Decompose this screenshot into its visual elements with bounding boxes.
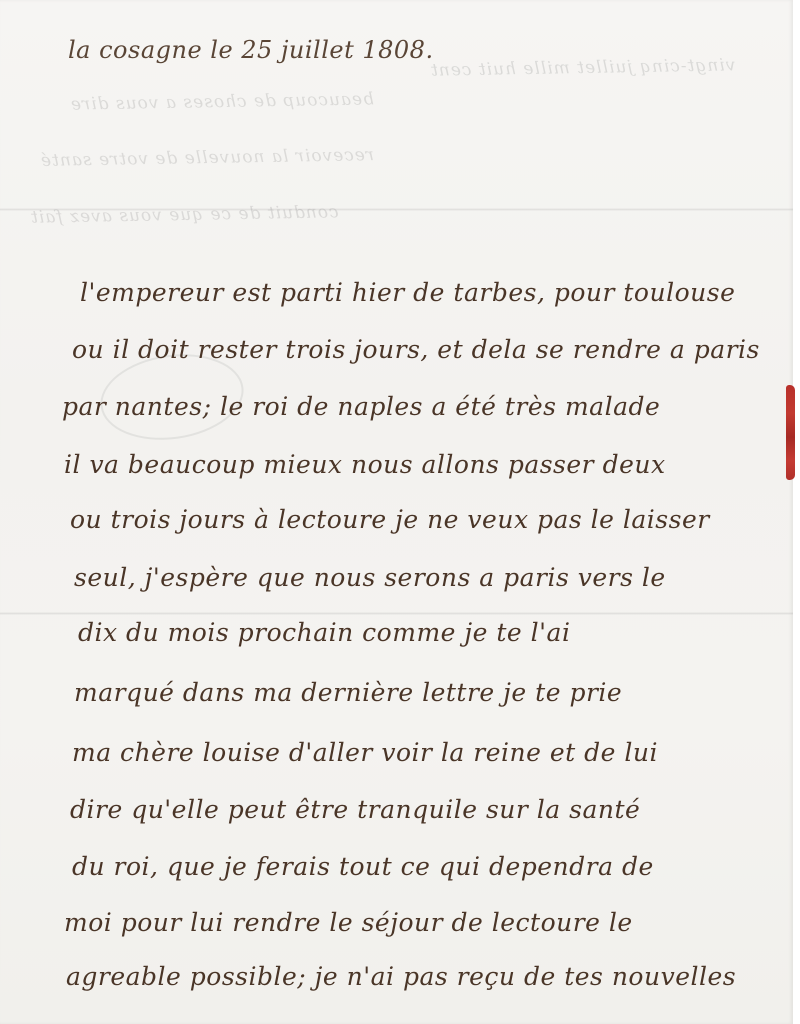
letter-line: l'empereur est parti hier de tarbes, pou…: [80, 278, 735, 307]
scanned-letter-page: vingt-cinq juillet mille huit cent beauc…: [0, 0, 800, 1024]
letter-line: seul, j'espère que nous serons a paris v…: [74, 563, 666, 592]
letter-line: moi pour lui rendre le séjour de lectour…: [64, 908, 633, 937]
letter-line: marqué dans ma dernière lettre je te pri…: [74, 678, 622, 707]
letter-line: dire qu'elle peut être tranquile sur la …: [70, 795, 640, 824]
letter-line: ou trois jours à lectoure je ne veux pas…: [70, 505, 710, 534]
letter-dateline: la cosagne le 25 juillet 1808.: [68, 36, 434, 64]
letter-line: du roi, que je ferais tout ce qui depend…: [72, 852, 654, 881]
paper-fold-crease: [0, 208, 793, 211]
paper-fold-crease: [0, 612, 793, 615]
letter-line: ou il doit rester trois jours, et dela s…: [72, 335, 760, 364]
wax-seal-remnant: [786, 385, 795, 480]
letter-line: agreable possible; je n'ai pas reçu de t…: [66, 962, 736, 991]
letter-line: il va beaucoup mieux nous allons passer …: [64, 450, 666, 479]
letter-line: dix du mois prochain comme je te l'ai: [78, 618, 570, 647]
letter-line: par nantes; le roi de naples a été très …: [62, 392, 660, 421]
letter-line: ma chère louise d'aller voir la reine et…: [72, 738, 658, 767]
